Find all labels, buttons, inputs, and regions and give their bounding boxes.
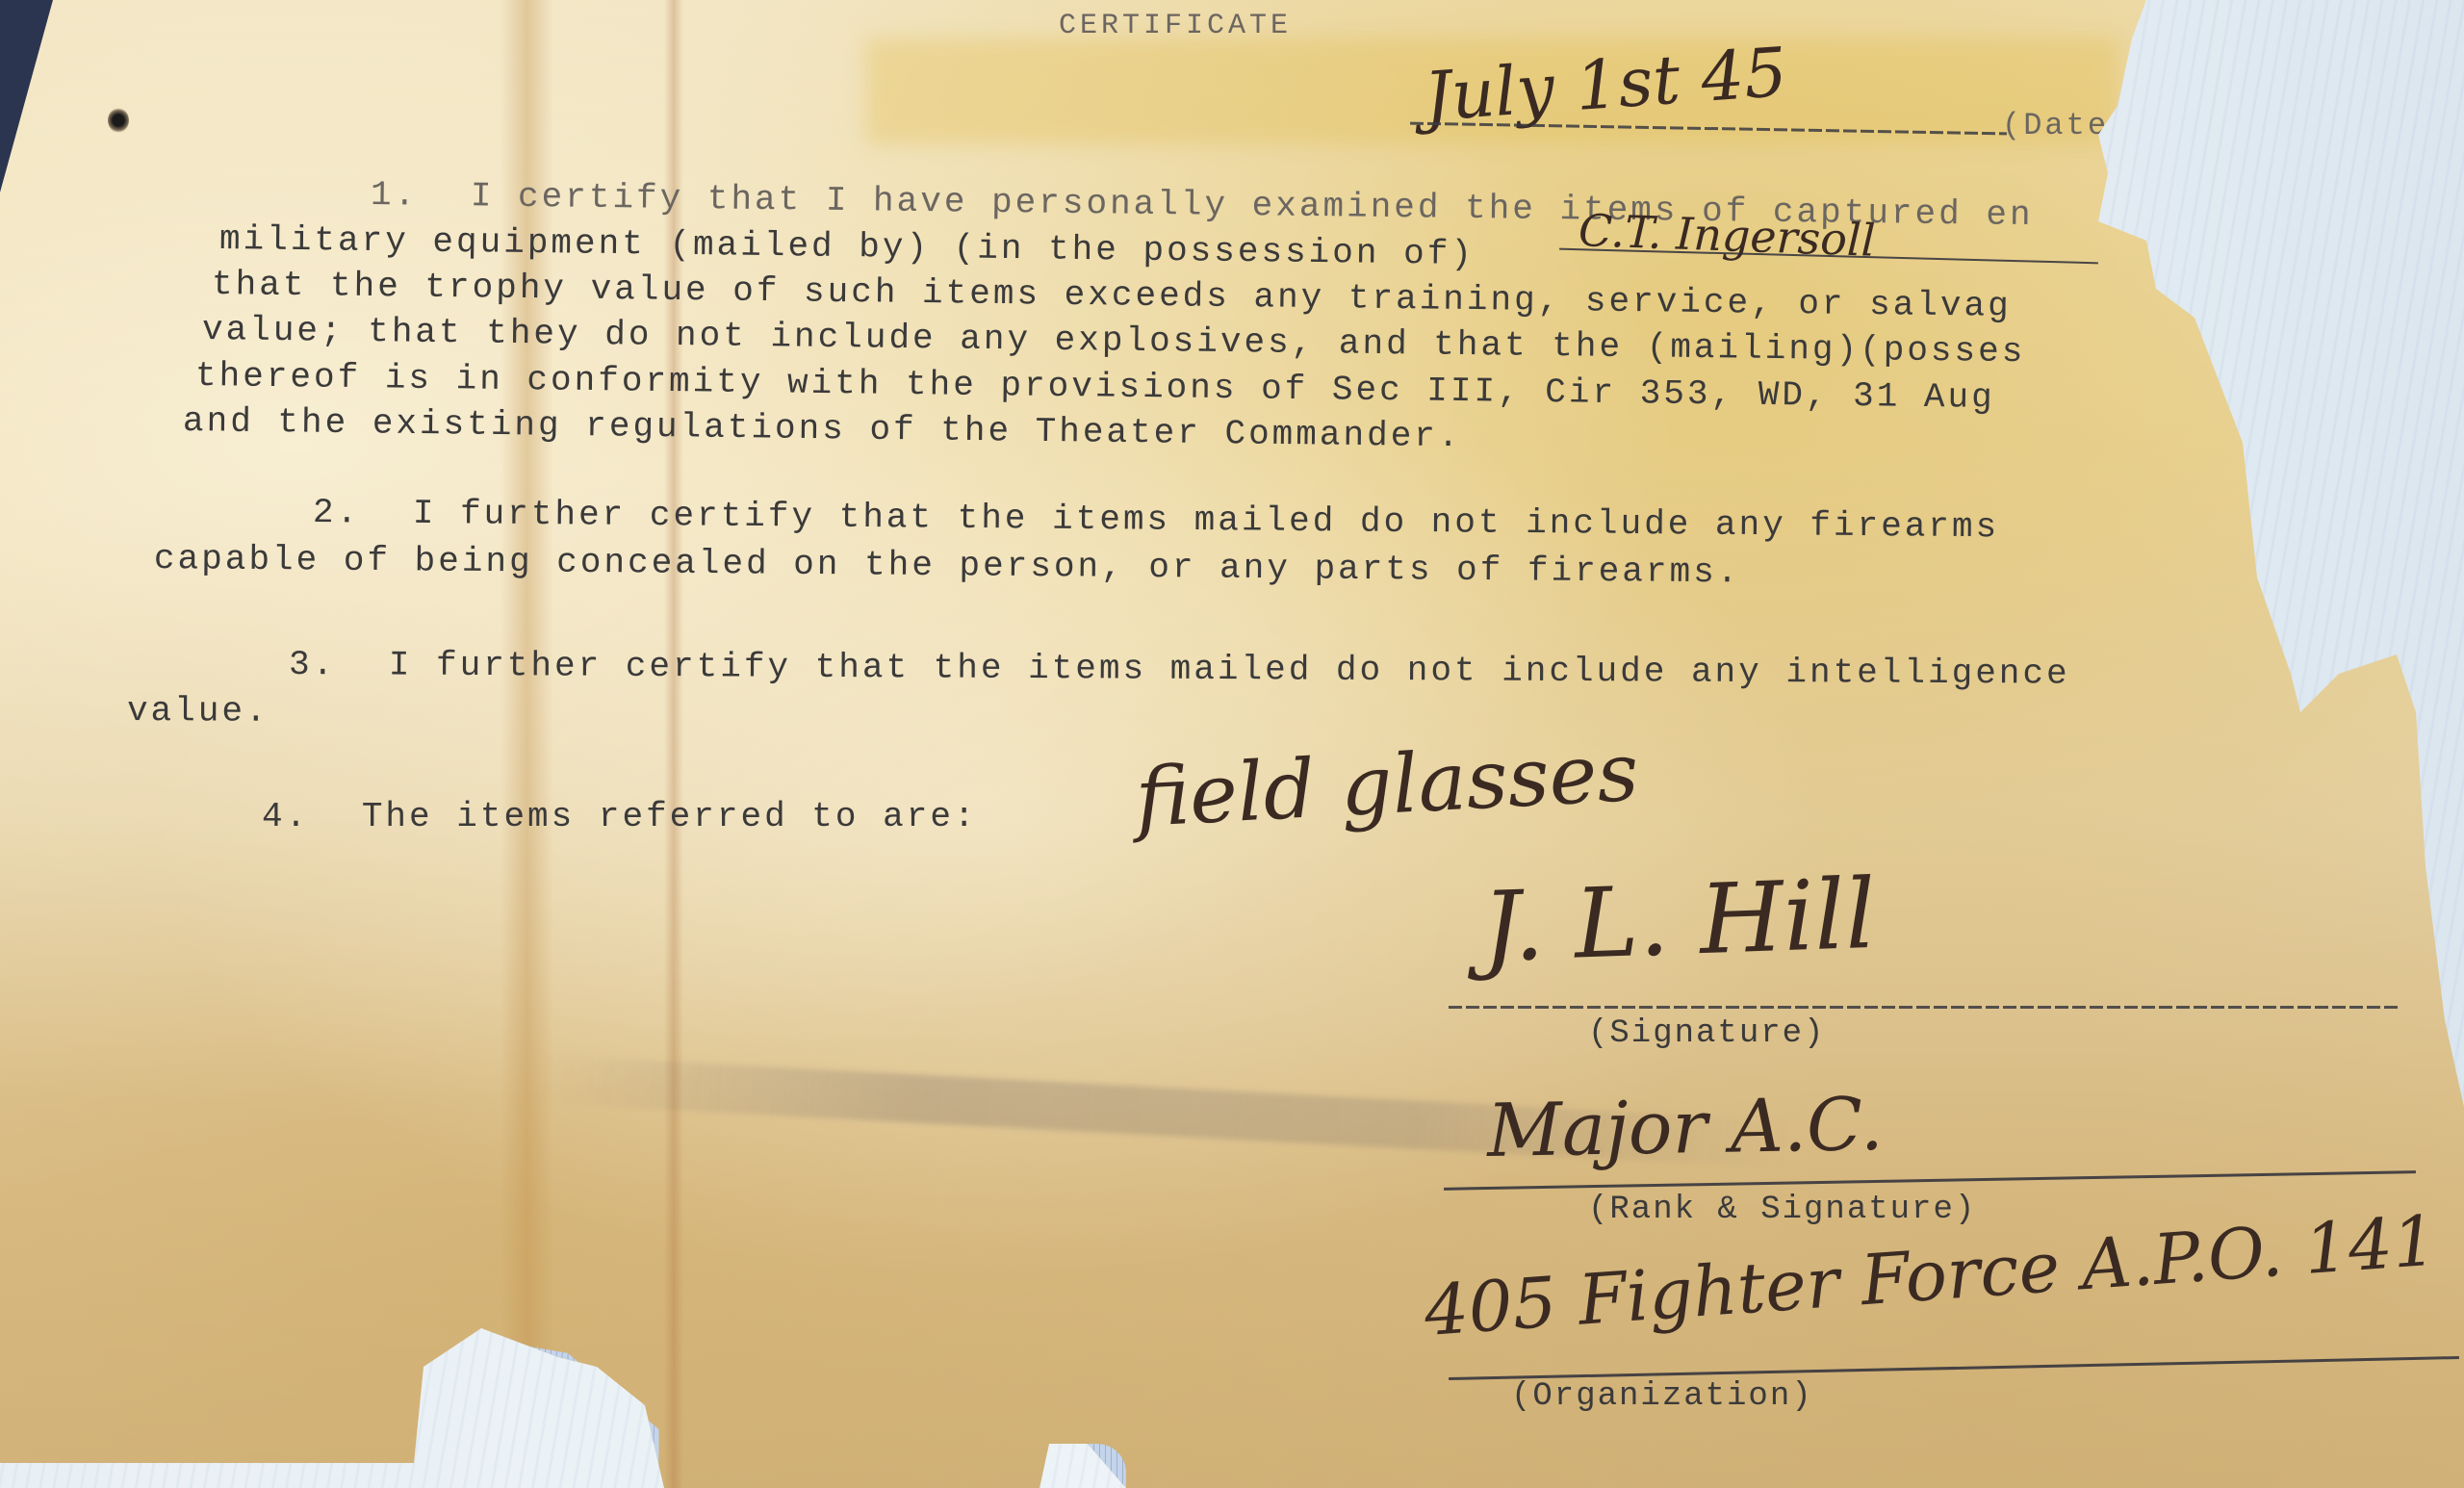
- items-handwritten: field glasses: [1133, 725, 1640, 845]
- paragraph-line: I further certify that the items mailed …: [389, 646, 2070, 694]
- signature-label: (Signature): [1588, 1015, 1825, 1052]
- paragraph-number: 2.: [313, 493, 361, 532]
- paragraph-number: 1.: [371, 175, 419, 216]
- paragraph-line: capable of being concealed on the person…: [154, 539, 1741, 592]
- paragraph-number: 3.: [289, 645, 336, 684]
- fold-crease: [664, 0, 683, 1488]
- signature-handwritten: J. L. Hill: [1480, 858, 1878, 984]
- rank-label: (Rank & Signature): [1588, 1192, 1976, 1228]
- paragraph-line: and the existing regulations of the Thea…: [183, 401, 1462, 456]
- paragraph-line: value.: [127, 691, 269, 731]
- organization-line: [1449, 1356, 2459, 1380]
- date-handwritten: July 1st 45: [1422, 33, 1789, 137]
- punch-hole: [108, 108, 129, 133]
- paragraph-line: I further certify that the items mailed …: [413, 494, 2000, 547]
- rank-line: [1444, 1170, 2416, 1191]
- certificate-paper: CERTIFICATE July 1st 45 (Date) 1. I cert…: [0, 0, 2464, 1488]
- signature-line: [1449, 1006, 2401, 1009]
- organization-label: (Organization): [1511, 1378, 1813, 1415]
- document-title: CERTIFICATE: [1059, 10, 1292, 42]
- paragraph-line: military equipment (mailed by) (in the p…: [219, 219, 1475, 274]
- rank-handwritten: Major A.C.: [1486, 1081, 1884, 1173]
- paragraph-line: The items referred to are:: [362, 797, 978, 836]
- paragraph-number: 4.: [262, 797, 309, 836]
